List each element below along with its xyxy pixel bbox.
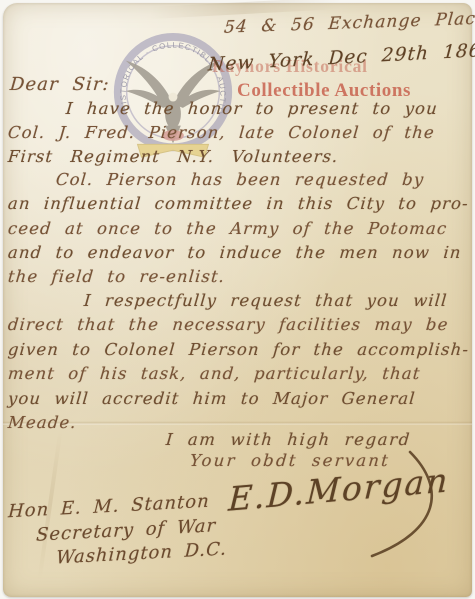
salutation-line: Dear Sir: (9, 74, 111, 95)
body-line: given to Colonel Pierson for the accompl… (7, 340, 470, 359)
body-line: Col. Pierson has been requested by (55, 170, 425, 189)
body-line: you will accredit him to Major General (7, 389, 416, 408)
body-line: and to endeavor to induce the men now in (7, 243, 462, 262)
body-line: First Regiment N.Y. Volunteers. (7, 147, 339, 166)
body-line: I respectfully request that you will (83, 291, 448, 310)
body-line: Meade. (7, 413, 77, 432)
letter-scan: HISTORICAL · COLLECTIBLE · AUCTIONS Rayn… (0, 0, 475, 599)
body-line: ment of his task, and, particularly, tha… (7, 364, 421, 383)
body-line: ceed at once to the Army of the Potomac (7, 219, 448, 238)
body-line: direct that the necessary facilities may… (7, 315, 449, 334)
body-line: I have the honor to present to you (65, 99, 439, 118)
body-line: an influential committee in this City to… (7, 194, 469, 213)
body-line: the field to re-enlist. (7, 267, 226, 286)
body-line: Col. J. Fred. Pierson, late Colonel of t… (7, 123, 435, 142)
signature-flourish (352, 446, 448, 564)
